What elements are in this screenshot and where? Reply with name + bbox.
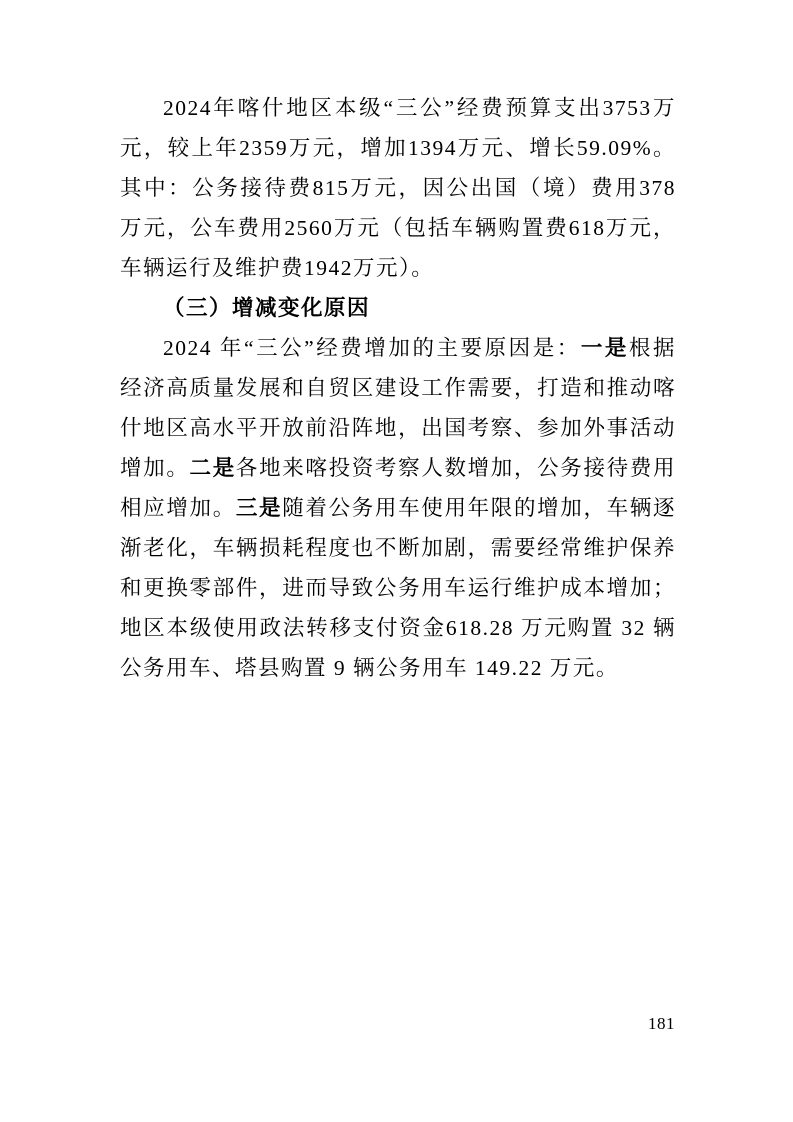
reason-one-label: 一是 bbox=[581, 336, 629, 360]
reason-two-label: 二是 bbox=[190, 456, 236, 480]
reason-three-label: 三是 bbox=[236, 496, 282, 520]
section-heading-change-reasons: （三）增减变化原因 bbox=[120, 288, 676, 328]
reasons-intro-text: 2024 年“三公”经费增加的主要原因是： bbox=[163, 336, 581, 360]
expenditure-summary-paragraph: 2024年喀什地区本级“三公”经费预算支出3753万元，较上年2359万元，增加… bbox=[120, 88, 676, 288]
document-page: 2024年喀什地区本级“三公”经费预算支出3753万元，较上年2359万元，增加… bbox=[0, 0, 793, 1122]
page-number: 181 bbox=[648, 1012, 675, 1036]
change-reasons-paragraph: 2024 年“三公”经费增加的主要原因是：一是根据经济高质量发展和自贸区建设工作… bbox=[120, 328, 676, 688]
document-body: 2024年喀什地区本级“三公”经费预算支出3753万元，较上年2359万元，增加… bbox=[120, 88, 676, 688]
reason-three-text: 随着公务用车使用年限的增加，车辆逐渐老化，车辆损耗程度也不断加剧，需要经常维护保… bbox=[120, 496, 676, 680]
